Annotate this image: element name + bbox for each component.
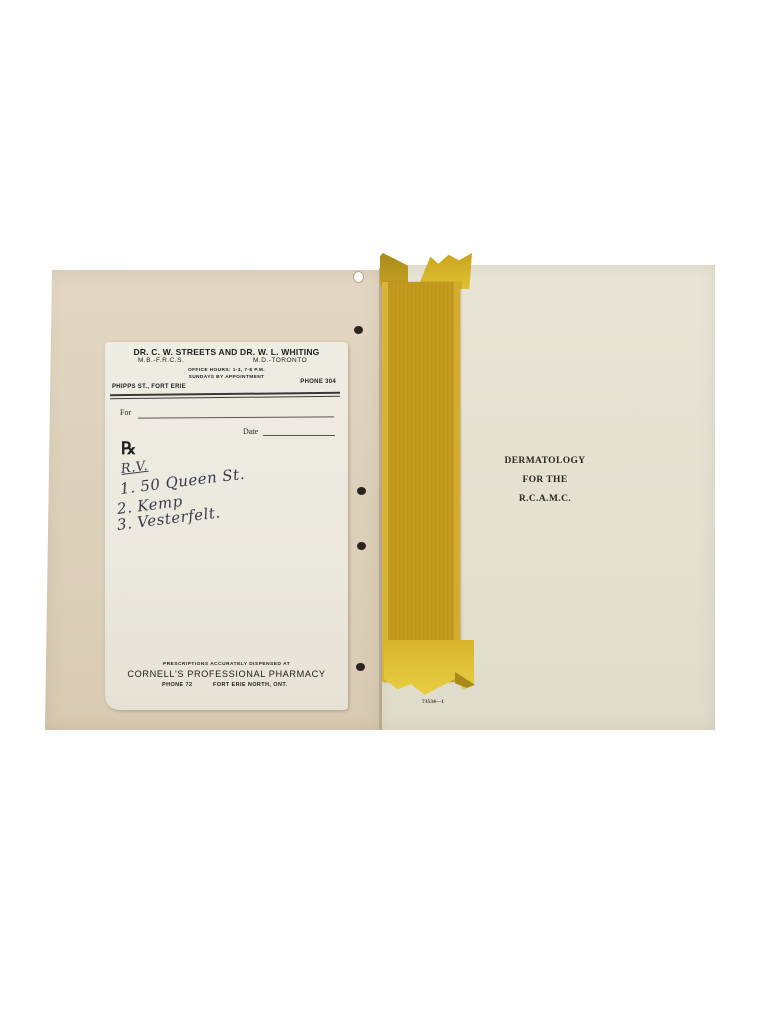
date-label: Date: [243, 427, 258, 436]
punch-hole: [357, 542, 366, 550]
pharmacy-name: CORNELL'S PROFESSIONAL PHARMACY: [105, 669, 348, 679]
title-line: R.C.A.M.C.: [470, 490, 620, 509]
rx-icon: ℞: [121, 439, 136, 459]
punch-hole: [354, 326, 363, 334]
date-line: [263, 435, 335, 436]
for-line: [138, 416, 334, 418]
form-number: 73534—1: [422, 699, 444, 705]
punch-hole: [356, 663, 365, 671]
handwritten-heading: R.V.: [120, 459, 149, 477]
pharmacy-phone: PHONE 72: [162, 682, 192, 688]
office-hours: OFFICE HOURS: 1-3, 7-8 P.M.: [105, 368, 348, 373]
booklet-title: DERMATOLOGY FOR THE R.C.A.M.C.: [470, 452, 620, 509]
pharmacy-tagline: PRESCRIPTIONS ACCURATELY DISPENSED AT: [105, 662, 348, 667]
title-line: FOR THE: [470, 471, 620, 490]
title-line: DERMATOLOGY: [470, 452, 620, 471]
pharmacy-location: FORT ERIE NORTH, ONT.: [213, 682, 287, 688]
office-address: PHIPPS ST., FORT ERIE: [112, 384, 186, 390]
degree-right: M.D.-TORONTO: [253, 357, 307, 364]
ribbon-edge: [454, 282, 460, 682]
ribbon-fringe-top: [380, 253, 408, 285]
doctors-name: DR. C. W. STREETS AND DR. W. L. WHITING: [105, 347, 348, 357]
ribbon-bookmark: [382, 282, 460, 682]
for-label: For: [120, 408, 131, 417]
header-rule: [110, 396, 340, 399]
prescription-slip: DR. C. W. STREETS AND DR. W. L. WHITING …: [105, 342, 348, 710]
ribbon-edge: [382, 282, 388, 682]
punch-hole: [357, 487, 366, 495]
degree-left: M.B.-F.R.C.S.: [138, 357, 184, 364]
office-phone: PHONE 304: [300, 379, 336, 385]
punch-hole: [353, 271, 364, 283]
